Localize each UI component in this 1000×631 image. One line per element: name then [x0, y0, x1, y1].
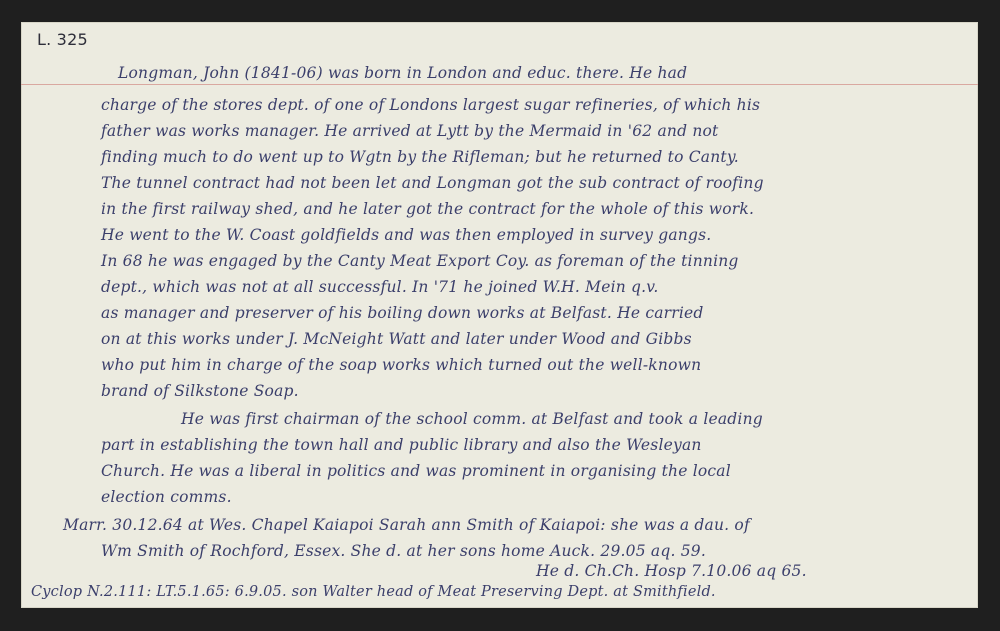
text-line: finding much to do went up to Wgtn by th… — [101, 148, 739, 166]
text-line: In 68 he was engaged by the Canty Meat E… — [101, 252, 739, 270]
text-line: Church. He was a liberal in politics and… — [101, 462, 731, 480]
text-line: election comms. — [101, 488, 232, 506]
text-line: on at this works under J. McNeight Watt … — [101, 330, 692, 348]
text-line: part in establishing the town hall and p… — [101, 436, 702, 454]
text-line: brand of Silkstone Soap. — [101, 382, 299, 400]
text-line: who put him in charge of the soap works … — [101, 356, 701, 374]
text-line: He d. Ch.Ch. Hosp 7.10.06 aq 65. — [536, 562, 807, 580]
text-line: in the first railway shed, and he later … — [101, 200, 754, 218]
text-line: father was works manager. He arrived at … — [101, 122, 718, 140]
text-line: Cyclop N.2.111: LT.5.1.65: 6.9.05. son W… — [31, 584, 716, 600]
index-card: L. 325 Longman, John (1841-06) was born … — [21, 22, 978, 608]
text-line: Wm Smith of Rochford, Essex. She d. at h… — [101, 542, 706, 560]
red-ruled-line — [21, 84, 978, 85]
text-line: as manager and preserver of his boiling … — [101, 304, 704, 322]
card-reference: L. 325 — [37, 30, 88, 49]
text-line: The tunnel contract had not been let and… — [101, 174, 764, 192]
text-line: He went to the W. Coast goldfields and w… — [101, 226, 711, 244]
text-line: Longman, John (1841-06) was born in Lond… — [118, 64, 687, 82]
text-line: charge of the stores dept. of one of Lon… — [101, 96, 760, 114]
text-line: He was first chairman of the school comm… — [181, 410, 763, 428]
text-line: Marr. 30.12.64 at Wes. Chapel Kaiapoi Sa… — [63, 516, 750, 534]
text-line: dept., which was not at all successful. … — [101, 278, 659, 296]
